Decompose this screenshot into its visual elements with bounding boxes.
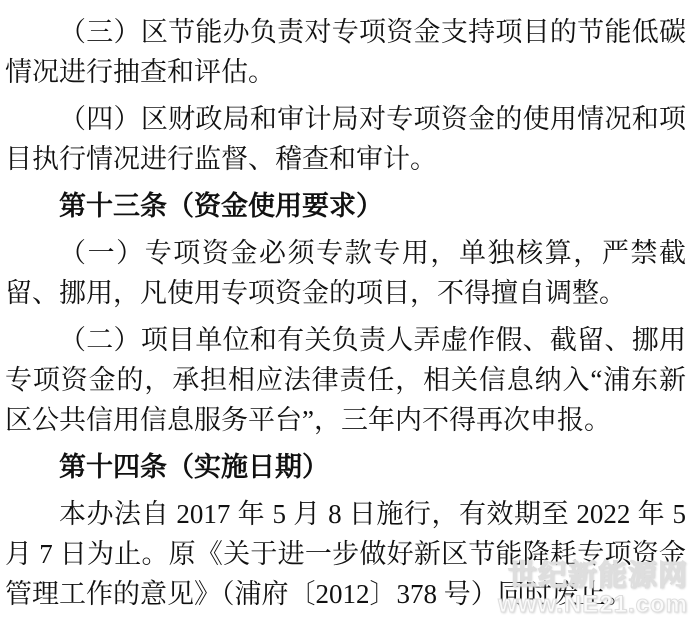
paragraph-item-2: （二）项目单位和有关负责人弄虚作假、截留、挪用专项资金的，承担相应法律责任，相关… (5, 320, 686, 440)
watermark-site-name: 世纪新能源网 (498, 561, 688, 591)
article-13-heading: 第十三条（资金使用要求） (5, 186, 686, 226)
watermark-url: www.NE21.com (498, 592, 688, 617)
paragraph-item-3: （三）区节能办负责对专项资金支持项目的节能低碳情况进行抽查和评估。 (5, 12, 686, 92)
document-page: （三）区节能办负责对专项资金支持项目的节能低碳情况进行抽查和评估。 （四）区财政… (0, 0, 691, 622)
article-14-heading: 第十四条（实施日期） (5, 447, 686, 487)
paragraph-item-1: （一）专项资金必须专款专用，单独核算，严禁截留、挪用，凡使用专项资金的项目，不得… (5, 233, 686, 313)
paragraph-item-4: （四）区财政局和审计局对专项资金的使用情况和项目执行情况进行监督、稽查和审计。 (5, 99, 686, 179)
watermark: 世纪新能源网 www.NE21.com (498, 561, 688, 617)
